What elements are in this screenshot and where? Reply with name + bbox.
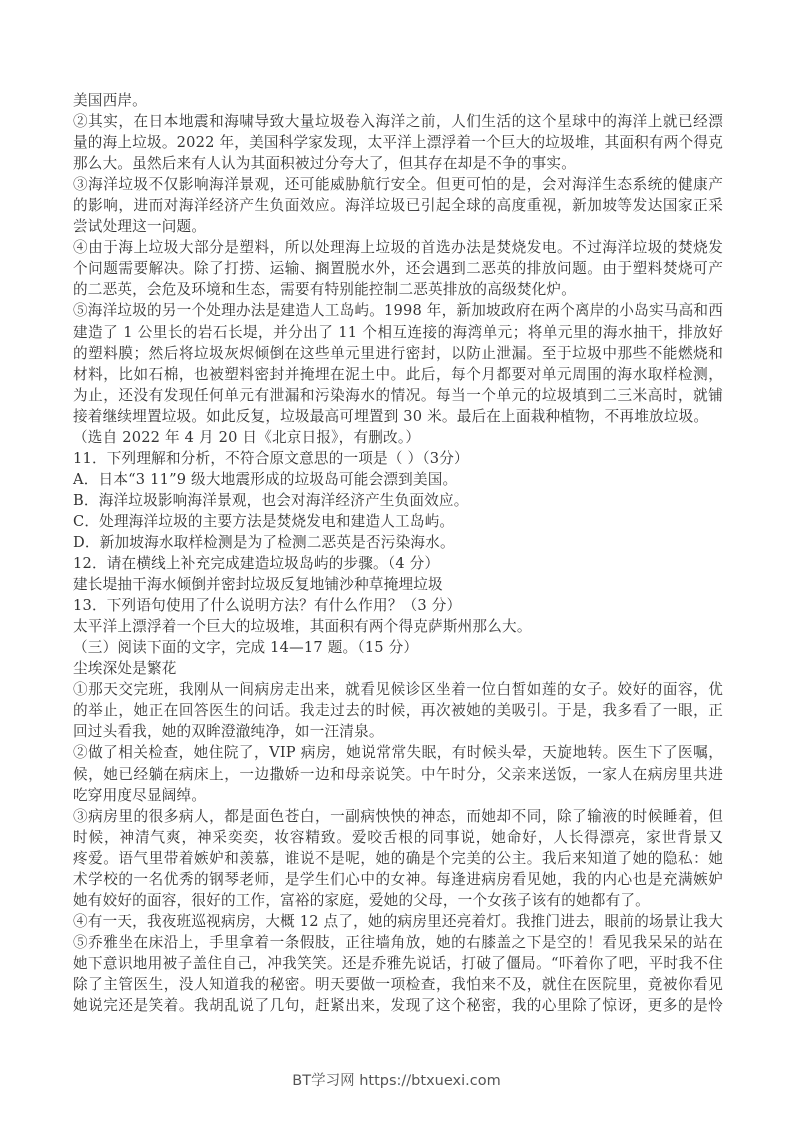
text-line: 时候，神清气爽，神采奕奕，妆容精致。爱咬舌根的同事说，她命好，人长得漂亮，家世背… [73, 827, 723, 848]
text-line: 的二恶英，会危及环境和生态，需要有特别能控制二恶英排放的高级焚化炉。 [73, 279, 723, 300]
text-line: 她下意识地用被子盖住自己，冲我笑笑。还是乔雅先说话，打破了僵局。“吓着你了吧，平… [73, 953, 723, 974]
text-line: 尘埃深处是繁花 [73, 658, 723, 679]
text-line: 除了主管医生，没人知道我的秘密。明天要做一项检查，我怕来不及，就住在医院里，竟被… [73, 974, 723, 995]
text-line: ①那天交完班，我刚从一间病房走出来，就看见候诊区坐着一位白皙如莲的女子。姣好的面… [73, 679, 723, 700]
text-line: A．日本“3 11”9 级大地震形成的垃圾岛可能会漂到美国。 [73, 469, 723, 490]
text-line: 术学校的一名优秀的钢琴老师，是学生们心中的女神。每逢进病房看见她，我的内心也是充… [73, 869, 723, 890]
text-line: （三）阅读下面的文字，完成 14—17 题。（15 分） [73, 637, 723, 658]
text-line: 建长堤抽干海水倾倒并密封垃圾反复地铺沙种草掩埋垃圾 [73, 574, 723, 595]
text-line: 的举止，她正在回答医生的问话。我走过去的时候，再次被她的美吸引。于是，我多看了一… [73, 700, 723, 721]
text-line: B．海洋垃圾影响海洋景观，也会对海洋经济产生负面效应。 [73, 490, 723, 511]
text-line: 材料，比如石棉，也被塑料密封并掩埋在泥土中。此后，每个月都要对单元周围的海水取样… [73, 364, 723, 385]
text-line: 13．下列语句使用了什么说明方法？有什么作用？（3 分） [73, 595, 723, 616]
text-line: 候，她已经躺在病床上，一边撒娇一边和母亲说笑。中午时分，父亲来送饭，一家人在病房… [73, 764, 723, 785]
text-line: 疼爱。语气里带着嫉妒和羡慕，谁说不是呢，她的确是个完美的公主。我后来知道了她的隐… [73, 848, 723, 869]
text-line: （选自 2022 年 4 月 20 日《北京日报》，有删改。） [73, 427, 723, 448]
text-line: 美国西岸。 [73, 90, 723, 111]
text-line: 个问题需要解决。除了打捞、运输、搁置脱水外，还会遇到二恶英的排放问题。由于塑料焚… [73, 258, 723, 279]
article-body: 美国西岸。②其实，在日本地震和海啸导致大量垃圾卷入海洋之前，人们生活的这个星球中… [73, 90, 723, 1016]
text-line: 建造了 1 公里长的岩石长堤，并分出了 11 个相互连接的海湾单元；将单元里的海… [73, 322, 723, 343]
text-line: D．新加坡海水取样检测是为了检测二恶英是否污染海水。 [73, 532, 723, 553]
text-line: ④有一天，我夜班巡视病房，大概 12 点了，她的病房里还亮着灯。我推门进去，眼前… [73, 911, 723, 932]
text-line: 她说完还是笑着。我胡乱说了几句，赶紧出来，发现了这个秘密，我的心里除了惊讶，更多… [73, 995, 723, 1016]
document-page: 美国西岸。②其实，在日本地震和海啸导致大量垃圾卷入海洋之前，人们生活的这个星球中… [0, 0, 793, 1122]
text-line: 为止，还没有发现任何单元有泄漏和污染海水的情况。每当一个单元的垃圾填到二三米高时… [73, 385, 723, 406]
text-line: C．处理海洋垃圾的主要方法是焚烧发电和建造人工岛屿。 [73, 511, 723, 532]
text-line: 回过头看我，她的双眸澄澈纯净，如一汪清泉。 [73, 721, 723, 742]
text-line: 11．下列理解和分析，不符合原文意思的一项是（ ）（3分） [73, 448, 723, 469]
text-line: ③海洋垃圾不仅影响海洋景观，还可能威胁航行安全。但更可怕的是，会对海洋生态系统的… [73, 174, 723, 195]
text-line: 她有姣好的面容，很好的工作，富裕的家庭，爱她的父母，一个女孩子该有的她都有了。 [73, 890, 723, 911]
text-line: 接着继续埋置垃圾。如此反复，垃圾最高可埋置到 30 米。最后在上面栽种植物，不再… [73, 406, 723, 427]
text-line: ②其实，在日本地震和海啸导致大量垃圾卷入海洋之前，人们生活的这个星球中的海洋上就… [73, 111, 723, 132]
text-line: 尝试处理这一问题。 [73, 216, 723, 237]
text-line: ⑤海洋垃圾的另一个处理办法是建造人工岛屿。1998 年，新加坡政府在两个离岸的小… [73, 300, 723, 321]
text-line: ④由于海上垃圾大部分是塑料，所以处理海上垃圾的首选办法是焚烧发电。不过海洋垃圾的… [73, 237, 723, 258]
footer-watermark: BT学习网 https://btxuexi.com [0, 1069, 793, 1090]
text-line: ③病房里的很多病人，都是面色苍白，一副病怏怏的神态，而她却不同，除了输液的时候睡… [73, 806, 723, 827]
text-line: 吃穿用度尽显阔绰。 [73, 785, 723, 806]
text-line: 的影响，进而对海洋经济产生负面效应。海洋垃圾已引起全球的高度重视，新加坡等发达国… [73, 195, 723, 216]
text-line: 量的海上垃圾。2022 年，美国科学家发现，太平洋上漂浮着一个巨大的垃圾堆，其面… [73, 132, 723, 153]
text-line: ⑤乔雅坐在床沿上，手里拿着一条假肢，正往墙角放，她的右膝盖之下是空的！看见我呆呆… [73, 932, 723, 953]
text-line: ②做了相关检查，她住院了，VIP 病房，她说常常失眠，有时候头晕，天旋地转。医生… [73, 742, 723, 763]
text-line: 那么大。虽然后来有人认为其面积被过分夸大了，但其存在却是不争的事实。 [73, 153, 723, 174]
text-line: 的塑料膜；然后将垃圾灰烬倾倒在这些单元里进行密封，以防止泄漏。至于垃圾中那些不能… [73, 343, 723, 364]
text-line: 12．请在横线上补充完成建造垃圾岛屿的步骤。（4 分） [73, 553, 723, 574]
text-line: 太平洋上漂浮着一个巨大的垃圾堆，其面积有两个得克萨斯州那么大。 [73, 616, 723, 637]
